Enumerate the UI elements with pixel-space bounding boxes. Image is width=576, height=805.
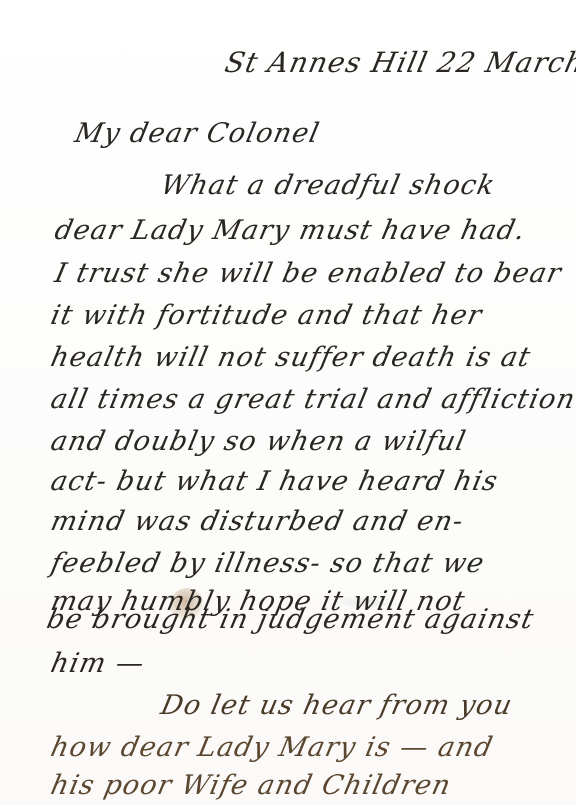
letter-line-7: and doubly so when a wilful [48,426,469,457]
letter-page: St Annes Hill 22 March My dear Colonel W… [0,0,576,805]
letter-line-1: What a dreadful shock [158,170,498,201]
letter-line-14: Do let us hear from you [158,690,516,721]
letter-line-15: how dear Lady Mary is — and [48,732,496,763]
letter-line-2: dear Lady Mary must have had. [52,215,529,246]
letter-line-16: his poor Wife and Children [48,770,454,801]
letter-line-4: it with fortitude and that her [48,300,485,331]
letter-salutation: My dear Colonel [72,118,323,149]
letter-line-3: I trust she will be enabled to bear [52,258,565,289]
letter-line-13: him — [48,648,148,679]
letter-line-5: health will not suffer death is at [48,342,534,373]
letter-line-8: act- but what I have heard his [48,466,501,497]
letter-line-12: be brought in judgement against [44,604,537,635]
letter-line-9: mind was disturbed and en- [48,506,467,537]
letter-line-10: feebled by illness- so that we [48,548,488,579]
letter-place-date: St Annes Hill 22 March [222,46,576,79]
letter-line-6: all times a great trial and affliction [48,384,576,415]
